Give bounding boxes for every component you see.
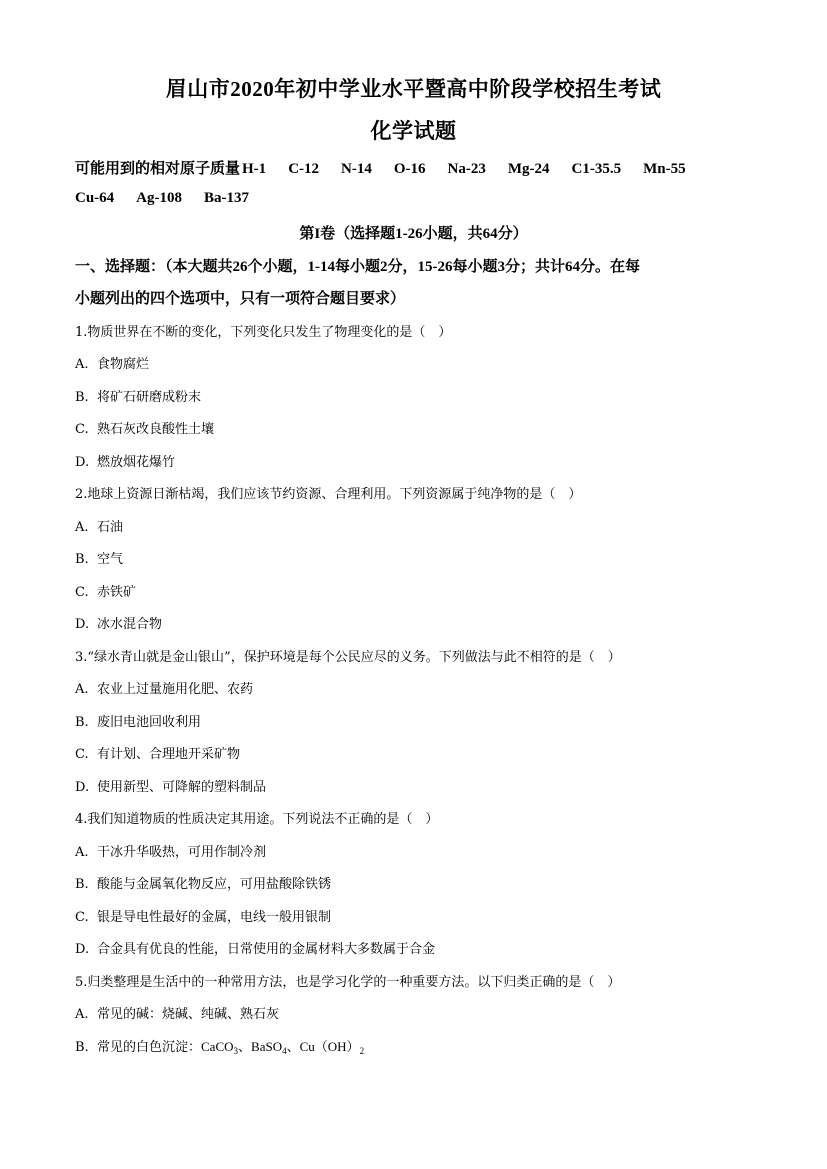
atomic-masses-line1: 可能用到的相对原子质量H-1C-12N-14O-16Na-23Mg-24C1-3… <box>75 157 708 178</box>
question-2-stem: 2.地球上资源日渐枯竭，我们应该节约资源、合理利用。下列资源属于纯净物的是（ ） <box>75 483 581 502</box>
section-instructions-line2: 小题列出的四个选项中，只有一项符合题目要求） <box>75 287 405 308</box>
question-2-option-d: D.冰水混合物 <box>75 613 162 632</box>
question-4-option-b: B.酸能与金属氧化物反应，可用盐酸除铁锈 <box>75 873 331 892</box>
question-1-option-b: B.将矿石研磨成粉末 <box>75 386 201 405</box>
question-4-option-a: A.干冰升华吸热，可用作制冷剂 <box>75 841 266 860</box>
question-1-option-a: A.食物腐烂 <box>75 353 149 372</box>
question-1-option-c: C.熟石灰改良酸性土壤 <box>75 418 214 437</box>
formula-baso4: BaSO4 <box>251 1039 287 1054</box>
question-4-stem: 4.我们知道物质的性质决定其用途。下列说法不正确的是（ ） <box>75 808 438 827</box>
question-2-option-a: A.石油 <box>75 516 123 535</box>
question-3-option-d: D.使用新型、可降解的塑料制品 <box>75 776 266 795</box>
question-3-stem: 3.“绿水青山就是金山银山”，保护环境是每个公民应尽的义务。下列做法与此不相符的… <box>75 646 621 665</box>
section-instructions-line1: 一、选择题：（本大题共26个小题，1-14每小题2分，15-26每小题3分；共计… <box>75 255 640 276</box>
question-3-option-a: A.农业上过量施用化肥、农药 <box>75 678 253 697</box>
question-1-option-d: D.燃放烟花爆竹 <box>75 451 175 470</box>
atomic-masses-line2: Cu-64Ag-108Ba-137 <box>75 190 271 207</box>
question-2-option-b: B.空气 <box>75 548 123 567</box>
exam-subtitle: 化学试题 <box>0 115 827 145</box>
question-5-option-a: A.常见的碱：烧碱、纯碱、熟石灰 <box>75 1003 279 1022</box>
section-heading: 第I卷（选择题1-26小题，共64分） <box>0 222 827 243</box>
formula-cuoh2: Cu（OH）2 <box>300 1039 364 1054</box>
question-5-option-b: B.常见的白色沉淀：CaCO3、BaSO4、Cu（OH）2 <box>75 1036 364 1055</box>
question-1-stem: 1.物质世界在不断的变化，下列变化只发生了物理变化的是（ ） <box>75 321 451 340</box>
question-4-option-c: C.银是导电性最好的金属，电线一般用银制 <box>75 906 331 925</box>
question-4-option-d: D.合金具有优良的性能，日常使用的金属材料大多数属于合金 <box>75 938 435 957</box>
exam-title: 眉山市2020年初中学业水平暨高中阶段学校招生考试 <box>0 73 827 103</box>
formula-caco3: CaCO3 <box>201 1039 238 1054</box>
question-5-stem: 5.归类整理是生活中的一种常用方法，也是学习化学的一种重要方法。以下归类正确的是… <box>75 971 620 990</box>
question-3-option-b: B.废旧电池回收利用 <box>75 711 201 730</box>
question-2-option-c: C.赤铁矿 <box>75 581 136 600</box>
atomic-masses-label: 可能用到的相对原子质量 <box>75 161 240 177</box>
question-3-option-c: C.有计划、合理地开采矿物 <box>75 743 240 762</box>
